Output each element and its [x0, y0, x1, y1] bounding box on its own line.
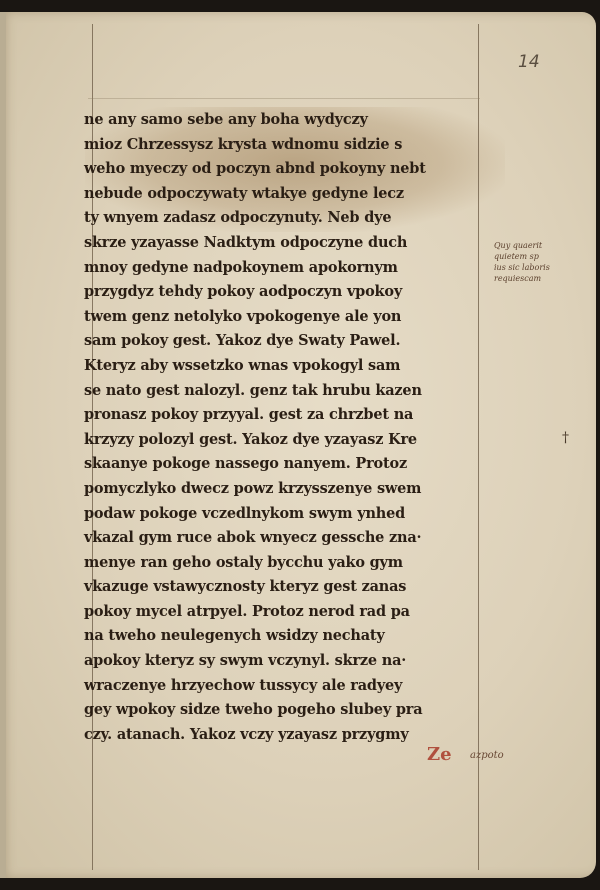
text-line: vkazuge vstawycznosty kteryz gest zanas — [84, 574, 489, 599]
text-line: pokoy mycel atrpyel. Protoz nerod rad pa — [84, 599, 489, 624]
text-line: czy. atanach. Yakoz vczy yzayasz przygmy — [84, 722, 489, 747]
text-line: ty wnyem zadasz odpoczynuty. Neb dye — [84, 205, 489, 230]
text-line: wraczenye hrzyechow tussycy ale radyey — [84, 673, 489, 698]
top-frame-rule — [88, 98, 480, 99]
main-text-block: ne any samo sebe any boha wydyczy mioz C… — [84, 107, 504, 746]
margin-note-line: ius sic laboris — [494, 262, 594, 273]
footer-rubric: Ze — [427, 744, 452, 765]
folio-number: 14 — [518, 52, 540, 72]
text-line: menye ran geho ostaly bycchu yako gym — [84, 550, 489, 575]
manuscript-page: 14 ne any samo sebe any boha wydyczy mio… — [0, 12, 596, 878]
margin-note-line: requiescam — [494, 273, 594, 284]
margin-cross-icon: † — [562, 430, 569, 446]
text-line: vkazal gym ruce abok wnyecz gessche zna· — [84, 525, 489, 550]
text-line: weho myeczy od poczyn abnd pokoyny nebt — [84, 156, 489, 181]
text-line: apokoy kteryz sy swym vczynyl. skrze na· — [84, 648, 489, 673]
text-line: se nato gest nalozyl. genz tak hrubu kaz… — [84, 378, 489, 403]
marginal-annotation: Quy quaerit quietem sp ius sic laboris r… — [494, 240, 594, 284]
text-line: na tweho neulegenych wsidzy nechaty — [84, 623, 489, 648]
text-line: pronasz pokoy przyyal. gest za chrzbet n… — [84, 402, 489, 427]
text-line: przygdyz tehdy pokoy aodpoczyn vpokoy — [84, 279, 489, 304]
text-line: podaw pokoge vczedlnykom swym ynhed — [84, 501, 489, 526]
text-line: skrze yzayasse Nadktym odpoczyne duch — [84, 230, 489, 255]
text-line: skaanye pokoge nassego nanyem. Protoz — [84, 451, 489, 476]
text-line: mioz Chrzessysz krysta wdnomu sidzie s — [84, 132, 489, 157]
text-line: twem genz netolyko vpokogenye ale yon — [84, 304, 489, 329]
catchword: azpoto — [470, 750, 504, 761]
text-line: gey wpokoy sidze tweho pogeho slubey pra — [84, 697, 489, 722]
text-line: mnoy gedyne nadpokoynem apokornym — [84, 255, 489, 280]
text-line: pomyczlyko dwecz powz krzysszenye swem — [84, 476, 489, 501]
margin-note-line: quietem sp — [494, 251, 594, 262]
text-line: ne any samo sebe any boha wydyczy — [84, 107, 489, 132]
text-line: sam pokoy gest. Yakoz dye Swaty Pawel. — [84, 328, 489, 353]
text-line: krzyzy polozyl gest. Yakoz dye yzayasz K… — [84, 427, 489, 452]
text-line: Kteryz aby wssetzko wnas vpokogyl sam — [84, 353, 489, 378]
text-line: nebude odpoczywaty wtakye gedyne lecz — [84, 181, 489, 206]
margin-note-line: Quy quaerit — [494, 240, 594, 251]
page-gutter — [0, 12, 6, 878]
